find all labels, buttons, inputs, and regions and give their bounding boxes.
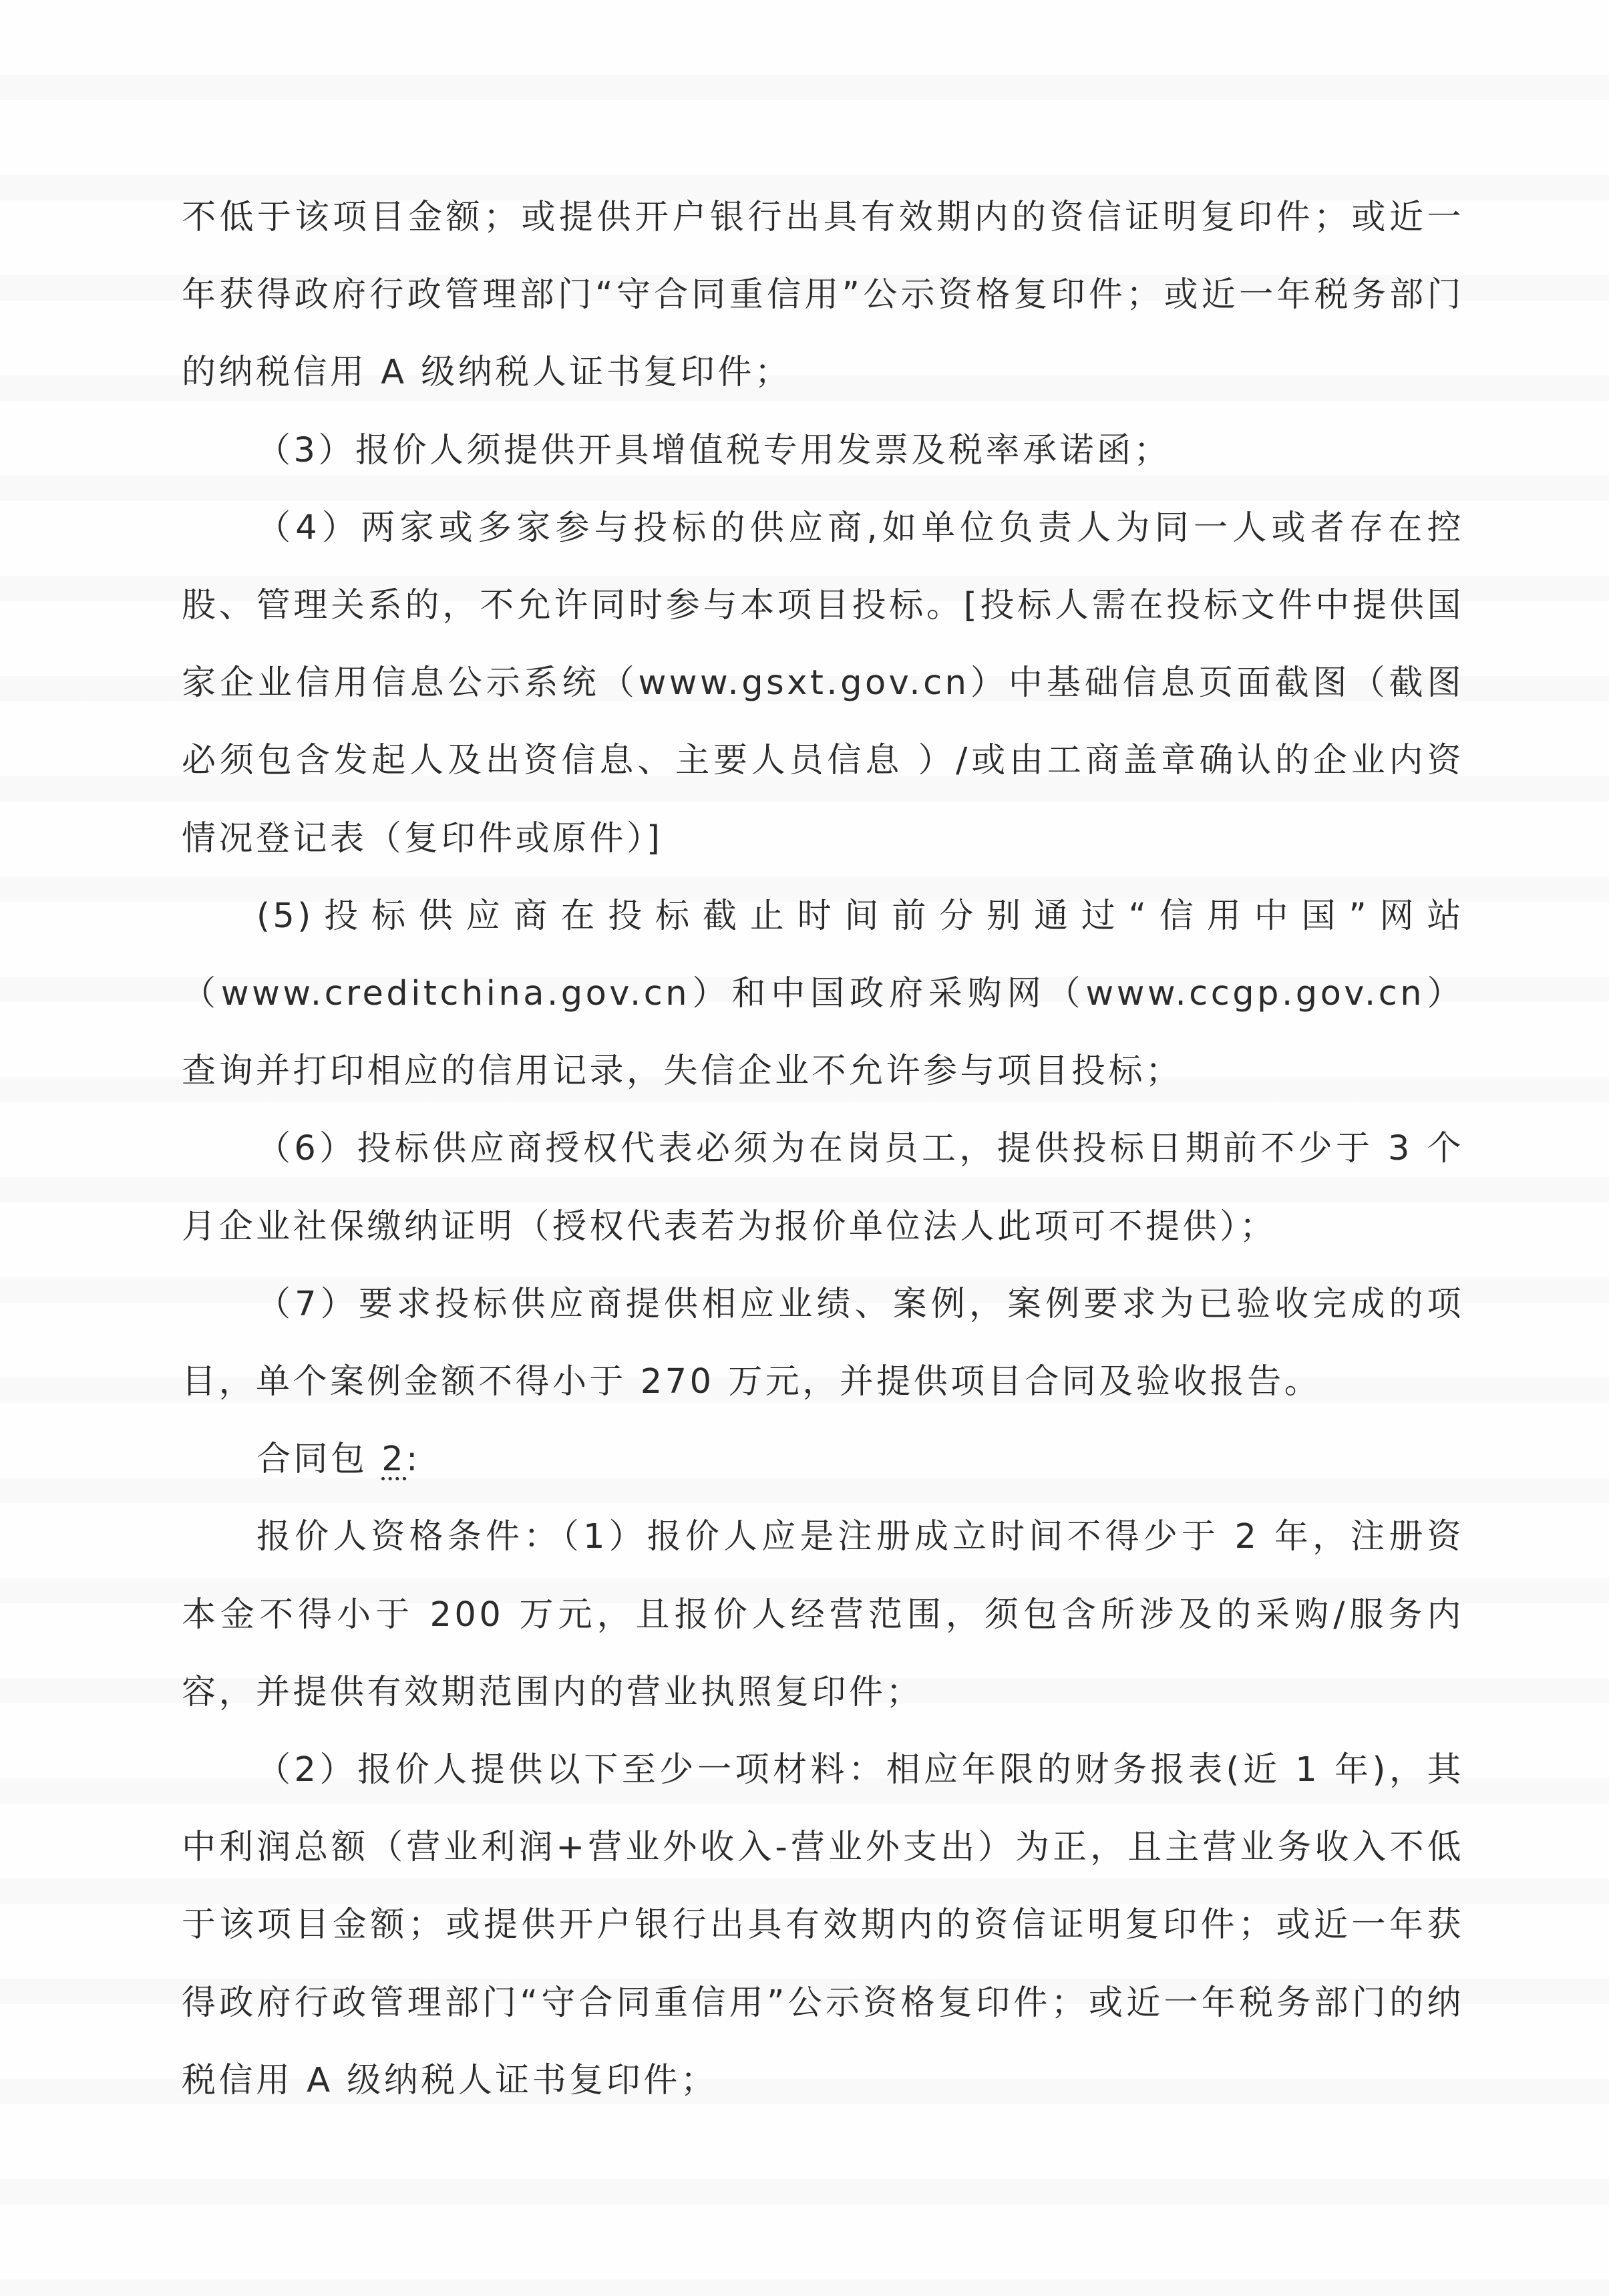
scanned-page: 不低于该项目金额；或提供开户银行出具有效期内的资信证明复印件；或近一年获得政府行…	[0, 0, 1609, 2296]
paragraph-s2-item-2: （2）报价人提供以下至少一项材料：相应年限的财务报表(近 1 年)，其中利润总额…	[182, 1732, 1464, 2120]
paragraph-item-4: （4）两家或多家参与投标的供应商,如单位负责人为同一人或者存在控股、管理关系的，…	[182, 490, 1464, 878]
paragraph-s2-item-1: 报价人资格条件：（1）报价人应是注册成立时间不得少于 2 年，注册资本金不得小于…	[182, 1498, 1464, 1732]
section-heading-suffix: :	[406, 1440, 421, 1479]
paragraph-item-3: （3）报价人须提供开具增值税专用发票及税率承诺函；	[182, 412, 1464, 490]
paragraph-item-6: （6）投标供应商授权代表必须为在岗员工，提供投标日期前不少于 3 个月企业社保缴…	[182, 1110, 1464, 1265]
section-heading-contract-package: 合同包 2:	[182, 1421, 1464, 1498]
paragraph-continuation: 不低于该项目金额；或提供开户银行出具有效期内的资信证明复印件；或近一年获得政府行…	[182, 179, 1464, 412]
paragraph-item-7: （7）要求投标供应商提供相应业绩、案例，案例要求为已验收完成的项目，单个案例金额…	[182, 1266, 1464, 1421]
paragraph-item-5: (5)投标供应商在投标截止时间前分别通过“信用中国”网站（www.creditc…	[182, 878, 1464, 1111]
document-body: 不低于该项目金额；或提供开户银行出具有效期内的资信证明复印件；或近一年获得政府行…	[182, 179, 1464, 2120]
section-heading-prefix: 合同包	[256, 1440, 381, 1479]
section-heading-number: 2	[381, 1440, 406, 1479]
